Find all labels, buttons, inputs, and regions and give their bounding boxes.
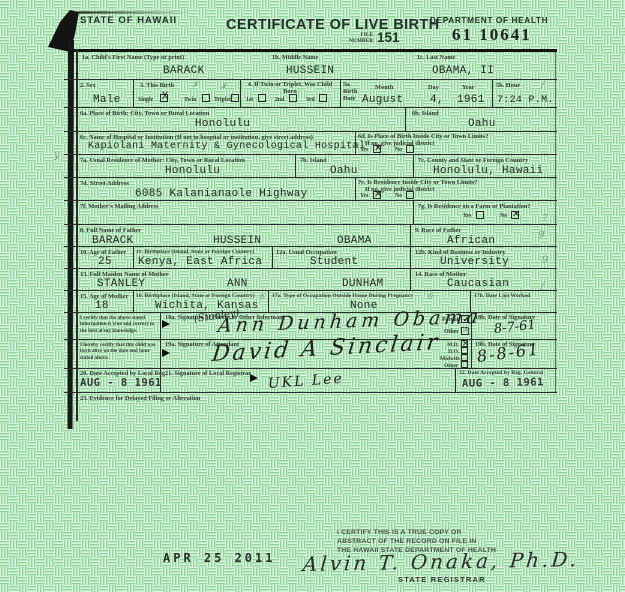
pencil-mark: 7 (542, 214, 548, 224)
farm-no-checkbox: ✕ (511, 211, 519, 219)
father-first-name: BARACK (92, 235, 133, 247)
field-2-label: 2. Sex (80, 82, 96, 89)
twin-option-label: Twin (184, 97, 196, 104)
parent-signature-date: 8-7-61 (493, 318, 536, 337)
farm-yes-label: Yes (463, 213, 471, 220)
other2-checkbox (461, 361, 468, 368)
signature-arrow-icon (162, 349, 170, 357)
field-12a-label: 12a. Usual Occupation (276, 249, 337, 256)
year-header: Year (462, 84, 475, 91)
father-middle-name: HUSSEIN (213, 235, 261, 247)
twin-checkbox (202, 94, 210, 102)
certificate-number: 61 10641 (452, 25, 532, 45)
table-right-border (555, 49, 556, 392)
col-line (268, 290, 269, 312)
limits-7e-no-label: No (395, 193, 402, 200)
mother-middle-name: ANN (227, 278, 248, 290)
field-3-label: 3. This Birth (140, 82, 174, 89)
col-line (133, 79, 134, 107)
field-5b-label: 5b. Hour (496, 82, 520, 89)
state-registrar-signature: Alvin T. Onaka, Ph.D. (302, 547, 580, 576)
child-first-name: BARACK (163, 65, 204, 77)
col-line (413, 200, 414, 224)
do-checkbox (461, 347, 468, 354)
birth-month: August (362, 94, 403, 106)
limits-6d-yes-checkbox: ✕ (373, 145, 381, 153)
field-10-label: 10. Age of Father (80, 249, 126, 256)
field-8-label: 8. Full Name of Father (80, 227, 141, 234)
certificate-title: CERTIFICATE OF LIVE BIRTH (226, 17, 440, 33)
field-7b-label: 7b. Island (300, 157, 327, 164)
mother-race: Caucasian (447, 278, 509, 290)
field-7a-label: 7a. Usual Residence of Mother: City, Tow… (80, 157, 245, 164)
signature-arrow-icon (162, 320, 170, 328)
field-4-label: 4. If Twin or Triplet, Was Child Born (246, 81, 334, 95)
col-line (295, 154, 296, 177)
field-16-label: 16. Birthplace (Island, State or Foreign… (136, 293, 255, 300)
mother-first-name: STANLEY (97, 278, 145, 290)
received-date-stamp: APR 25 2011 (163, 551, 275, 565)
field-15-label: 15. Age of Mother (80, 293, 128, 300)
col-line (413, 154, 414, 177)
second-born-checkbox (289, 94, 297, 102)
midwife-checkbox (461, 354, 468, 361)
row-line (64, 392, 557, 393)
col-line (410, 246, 411, 268)
row-line (64, 107, 557, 108)
pencil-mark: y (54, 150, 60, 161)
col-line (133, 290, 134, 312)
other-checkbox: ✕ (461, 327, 469, 335)
field-12b-label: 12b. Kind of Business or Industry (415, 249, 506, 256)
father-birthplace: Kenya, East Africa (138, 256, 262, 268)
col-line (272, 246, 273, 268)
department-name: DEPARTMENT OF HEALTH (430, 15, 548, 25)
birth-hour: 7:24 P.M. (497, 95, 554, 106)
col-line (492, 79, 493, 107)
field-7e-label: 7e. Is Residence Inside City or Town Lim… (358, 179, 478, 186)
field-9-label: 9. Race of Father (415, 227, 461, 234)
pencil-mark: 0 (428, 292, 433, 301)
field-6b-label: 6b. Island (412, 110, 439, 117)
birthplace-island: Oahu (468, 118, 496, 130)
limits-7e-yes-label: Yes (360, 193, 368, 200)
pencil-mark: 9 (538, 230, 544, 241)
scanned-birth-certificate: STATE OF HAWAII CERTIFICATE OF LIVE BIRT… (0, 0, 625, 592)
col-line (160, 312, 161, 339)
field-7d-label: 7d. Street Address (80, 180, 129, 187)
residence-county: Honolulu, Hawaii (433, 165, 543, 177)
child-middle-name: HUSSEIN (286, 65, 334, 77)
pencil-mark: / (541, 80, 544, 91)
field-11-label: 11. Birthplace (Island, State or Foreign… (136, 249, 254, 256)
first-born-label: 1st (246, 97, 253, 104)
other2-option-label: Other (444, 363, 458, 370)
field-13-label: 13. Full Maiden Name of Mother (80, 271, 169, 278)
midwife-option-label: Midwife (440, 356, 460, 363)
col-line (133, 246, 134, 268)
true-copy-certification-line2: ABSTRACT OF THE RECORD ON FILE IN (337, 538, 477, 546)
third-born-checkbox (319, 94, 327, 102)
col-line (405, 107, 406, 131)
col-line (410, 268, 411, 290)
limits-7e-yes-checkbox: ✕ (373, 191, 381, 199)
mother-last-name: DUNHAM (342, 278, 383, 290)
limits-6d-yes-label: Yes (360, 147, 368, 154)
birth-year: 1961 (457, 94, 485, 106)
col-line (471, 339, 472, 368)
field-21-label: 21. Signature of Local Registrar (165, 370, 251, 377)
table-left-border (76, 49, 78, 421)
md-option-label: M.D. (447, 342, 459, 349)
father-occupation: Student (310, 256, 358, 268)
do-option-label: D.O. (448, 349, 459, 356)
field-6d-label: 6d. Is Place of Birth Inside City or Tow… (358, 133, 488, 140)
farm-no-label: No (500, 213, 507, 220)
triplet-option-label: Triplet (214, 97, 231, 104)
birth-day: 4, (430, 94, 444, 106)
field-7f-label: 7f. Mother's Mailing Address (80, 203, 159, 210)
pencil-mark: ✗ (192, 80, 199, 89)
col-line (455, 368, 456, 392)
father-race: African (447, 235, 495, 247)
pencil-mark: 9 (542, 255, 548, 266)
limits-6d-no-checkbox (406, 145, 414, 153)
attendant-certification-text: I hereby certify that this child was bor… (80, 342, 158, 361)
state-name: STATE OF HAWAII (80, 15, 177, 26)
row-line (64, 154, 557, 155)
row-line (64, 290, 557, 291)
pencil-mark: 0 (502, 292, 507, 301)
residence-city: Honolulu (165, 165, 220, 177)
parent-certification-text: I certify that the above stated informat… (80, 315, 158, 334)
col-line (355, 177, 356, 200)
row-line (64, 200, 557, 201)
mother-birthplace: Wichita, Kansas (155, 300, 259, 312)
father-industry: University (440, 256, 509, 268)
certificate-form: STATE OF HAWAII CERTIFICATE OF LIVE BIRT… (0, 0, 625, 592)
true-copy-certification-line1: I CERTIFY THIS IS A TRUE COPY OR (337, 529, 462, 537)
registrar-general-date-stamp: AUG - 8 1961 (462, 376, 544, 389)
header-rule (70, 49, 557, 52)
pencil-mark: 6 (260, 292, 265, 301)
col-line (160, 339, 161, 368)
first-born-checkbox (258, 94, 266, 102)
birthplace-city: Honolulu (195, 118, 250, 130)
row-line (64, 268, 557, 269)
field-20-label: 20. Date Accepted by Local Reg. (80, 370, 167, 377)
field-1b-label: 1b. Middle Name (272, 54, 318, 61)
field-7c-label: 7c. County and State or Foreign Country (418, 157, 528, 164)
second-born-label: 2nd (275, 97, 284, 104)
parent-option-label: Parent (442, 317, 459, 324)
md-checkbox: ✕ (461, 340, 468, 347)
pencil-mark: / (541, 281, 544, 292)
single-checkbox: X (160, 94, 168, 102)
field-14-label: 14. Race of Mother (415, 271, 466, 278)
single-option-label: Single (138, 97, 153, 104)
file-number-value: 151 (377, 30, 400, 45)
col-line (340, 79, 341, 107)
mother-age: 18 (95, 300, 109, 312)
residence-island: Oahu (330, 165, 358, 177)
father-last-name: OBAMA (337, 235, 372, 247)
file-number-label: FILE NUMBER (349, 33, 373, 45)
sex-value: Male (93, 94, 121, 106)
local-registrar-date-stamp: AUG - 8 1961 (80, 377, 162, 389)
month-header: Month (375, 84, 393, 91)
row-line (64, 224, 557, 225)
child-last-name: OBAMA, II (432, 65, 494, 77)
state-registrar-title: STATE REGISTRAR (398, 576, 486, 583)
field-23-label: 23. Evidence for Delayed Filing or Alter… (80, 395, 200, 402)
triplet-checkbox (231, 94, 239, 102)
field-6a-label: 6a. Place of Birth: City, Town or Rural … (80, 110, 209, 117)
row-line (64, 177, 557, 178)
signature-arrow-icon (250, 374, 258, 382)
field-17a-label: 17a. Type of Occupation Outside Home Dur… (272, 293, 413, 300)
parent-checkbox: ✔ (461, 315, 469, 323)
farm-yes-checkbox (476, 211, 484, 219)
day-header: Day (428, 84, 439, 91)
third-born-label: 3rd (306, 97, 315, 104)
hospital-name: Kapiolani Maternity & Gynecological Hosp… (88, 141, 365, 152)
col-line (240, 79, 241, 107)
col-line (410, 224, 411, 246)
other-option-label: Other (444, 329, 459, 336)
local-registrar-signature: UKL Lee (267, 371, 344, 392)
pencil-mark: ✗ (220, 82, 227, 91)
limits-7e-no-checkbox (406, 191, 414, 199)
field-1c-label: 1c. Last Name (417, 54, 455, 61)
limits-6d-no-label: No (395, 147, 402, 154)
street-address: 6085 Kalanianaole Highway (135, 188, 308, 200)
father-age: 25 (98, 256, 112, 268)
field-1a-label: 1a. Child's First Name (Type or print) (82, 54, 184, 61)
field-6c-label: 6c. Name of Hospital or Institution (If … (80, 134, 313, 141)
